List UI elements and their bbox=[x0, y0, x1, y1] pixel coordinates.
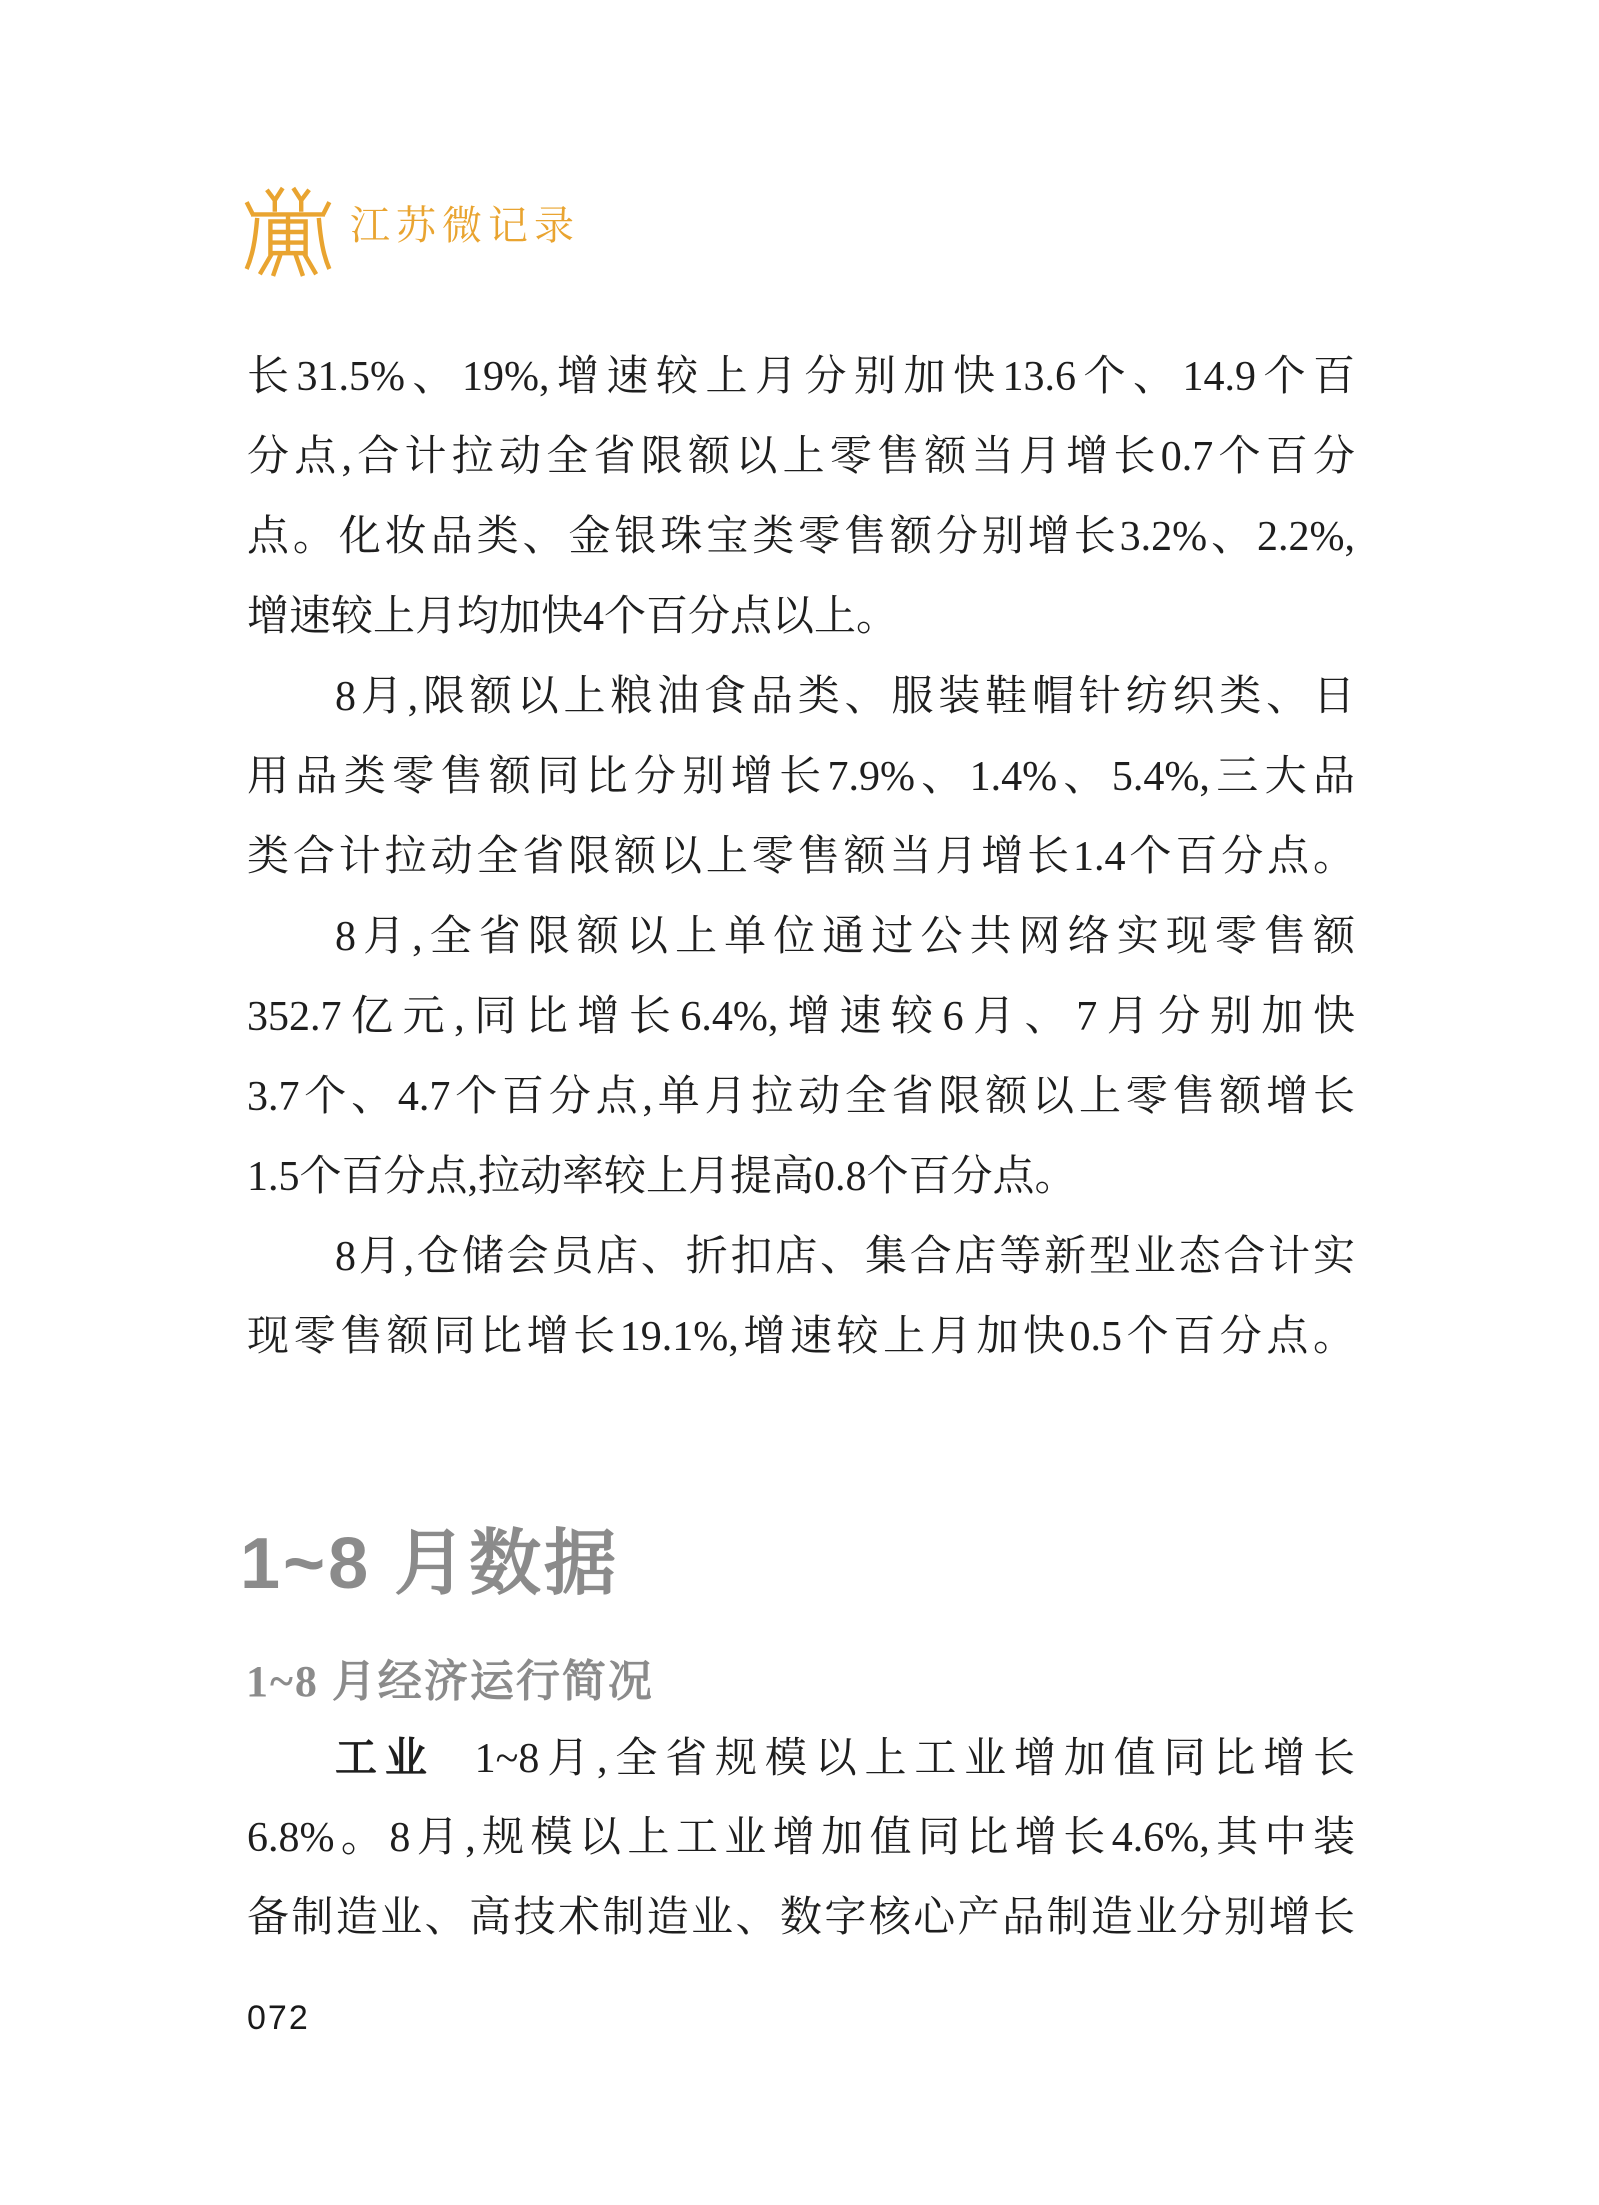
page-number: 072 bbox=[247, 1998, 310, 2038]
yan-seal-icon bbox=[244, 186, 332, 278]
section-subheading: 1~8 月经济运行简况 bbox=[246, 1655, 654, 1709]
industry-text-block: 工业1~8月,全省规模以上工业增加值同比增长 6.8%。8月,规模以上工业增加值… bbox=[247, 1718, 1355, 1958]
body-line: 352.7亿元,同比增长6.4%,增速较6月、7月分别加快 bbox=[247, 977, 1355, 1057]
body-line: 3.7个、4.7个百分点,单月拉动全省限额以上零售额增长 bbox=[247, 1057, 1355, 1137]
body-line: 长31.5%、19%,增速较上月分别加快13.6个、14.9个百 bbox=[247, 337, 1355, 417]
body-line: 分点,合计拉动全省限额以上零售额当月增长0.7个百分 bbox=[247, 417, 1355, 497]
body-line: 1.5个百分点,拉动率较上月提高0.8个百分点。 bbox=[247, 1137, 1355, 1217]
body-line: 增速较上月均加快4个百分点以上。 bbox=[247, 577, 1355, 657]
body-line: 点。化妆品类、金银珠宝类零售额分别增长3.2%、2.2%, bbox=[247, 497, 1355, 577]
body-line: 8月,仓储会员店、折扣店、集合店等新型业态合计实 bbox=[247, 1217, 1355, 1297]
body-line: 现零售额同比增长19.1%,增速较上月加快0.5个百分点。 bbox=[247, 1297, 1355, 1377]
body-line: 8月,限额以上粮油食品类、服装鞋帽针纺织类、日 bbox=[247, 657, 1355, 737]
book-page: 江苏微记录 长31.5%、19%,增速较上月分别加快13.6个、14.9个百 分… bbox=[0, 0, 1599, 2205]
section-heading: 1~8 月数据 bbox=[240, 1522, 619, 1606]
body-line: 工业1~8月,全省规模以上工业增加值同比增长 bbox=[247, 1718, 1355, 1798]
body-line: 类合计拉动全省限额以上零售额当月增长1.4个百分点。 bbox=[247, 817, 1355, 897]
runin-heading-industry: 工业 bbox=[335, 1734, 435, 1781]
body-line: 8月,全省限额以上单位通过公共网络实现零售额 bbox=[247, 897, 1355, 977]
body-line-text: 1~8月,全省规模以上工业增加值同比增长 bbox=[475, 1736, 1355, 1782]
body-text-block: 长31.5%、19%,增速较上月分别加快13.6个、14.9个百 分点,合计拉动… bbox=[247, 337, 1355, 1377]
body-line: 用品类零售额同比分别增长7.9%、1.4%、5.4%,三大品 bbox=[247, 737, 1355, 817]
brand-title: 江苏微记录 bbox=[350, 206, 580, 246]
body-line: 备制造业、高技术制造业、数字核心产品制造业分别增长 bbox=[247, 1878, 1355, 1958]
brand-header: 江苏微记录 bbox=[244, 186, 580, 278]
body-line: 6.8%。8月,规模以上工业增加值同比增长4.6%,其中装 bbox=[247, 1798, 1355, 1878]
